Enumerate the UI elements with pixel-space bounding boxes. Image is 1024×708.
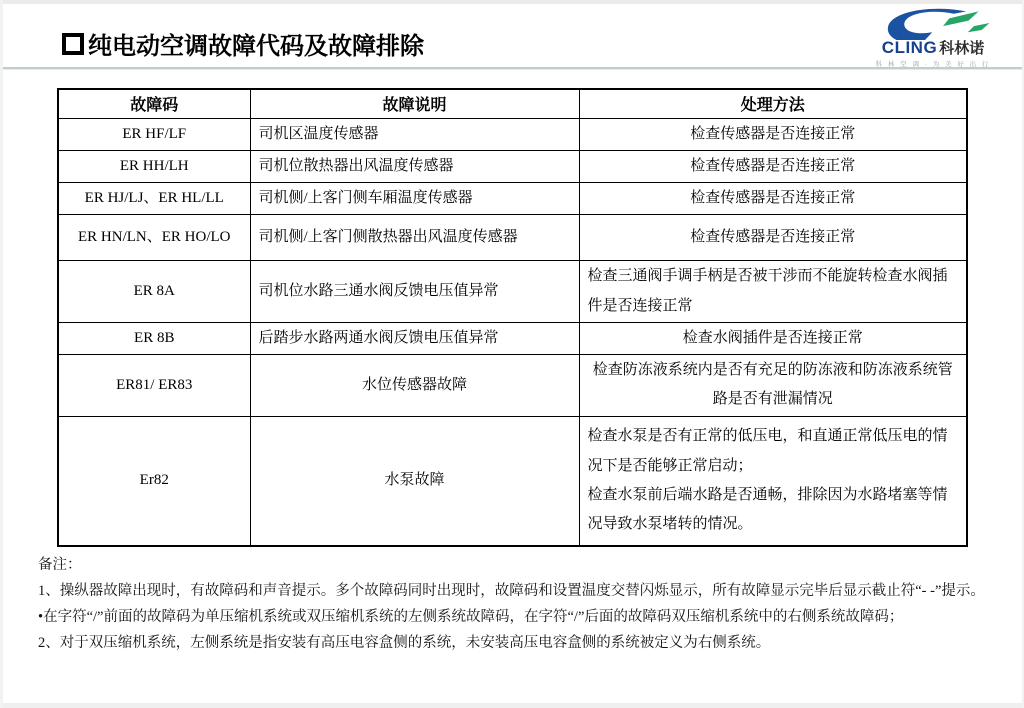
header-fix-method: 处理方法 <box>579 89 967 118</box>
logo-swoosh-icon <box>874 6 992 40</box>
page-title-text: 纯电动空调故障代码及故障排除 <box>88 26 424 61</box>
logo-brand-chinese: 科林诺 <box>939 40 984 57</box>
note-1: 1、操纵器故障出现时，有故障码和声音提示。多个故障码同时出现时，故障码和设置温度… <box>38 578 998 604</box>
table-row: Er82水泵故障检查水泵是否有正常的低压电，和直通正常低压电的情况下是否能够正常… <box>58 416 967 546</box>
notes-label: 备注： <box>38 552 998 578</box>
fix-method-cell: 检查传感器是否连接正常 <box>579 183 967 215</box>
company-logo: CLING科林诺 科 林 空 调 · 为 美 好 出 行 <box>858 6 1008 68</box>
footnotes: 备注： 1、操纵器故障出现时，有故障码和声音提示。多个故障码同时出现时，故障码和… <box>38 552 998 656</box>
fault-code-table: 故障码 故障说明 处理方法 ER HF/LF司机区温度传感器检查传感器是否连接正… <box>57 88 968 547</box>
fault-code-cell: ER81/ ER83 <box>58 355 250 417</box>
table-header-row: 故障码 故障说明 处理方法 <box>58 89 967 118</box>
fault-table-body: ER HF/LF司机区温度传感器检查传感器是否连接正常ER HH/LH司机位散热… <box>58 118 967 546</box>
fault-desc-cell: 司机区温度传感器 <box>250 118 579 150</box>
fix-method-cell: 检查三通阀手调手柄是否被干涉而不能旋转检查水阀插件是否连接正常 <box>579 261 967 323</box>
table-row: ER 8A司机位水路三通水阀反馈电压值异常检查三通阀手调手柄是否被干涉而不能旋转… <box>58 261 967 323</box>
fault-code-cell: ER HF/LF <box>58 118 250 150</box>
page-title: 纯电动空调故障代码及故障排除 <box>62 26 424 61</box>
fault-code-cell: ER 8A <box>58 261 250 323</box>
fault-desc-cell: 司机侧/上客门侧散热器出风温度传感器 <box>250 215 579 261</box>
fault-code-cell: ER HN/LN、ER HO/LO <box>58 215 250 261</box>
fault-code-cell: ER HH/LH <box>58 150 250 182</box>
table-row: ER HH/LH司机位散热器出风温度传感器检查传感器是否连接正常 <box>58 150 967 182</box>
header-fault-code: 故障码 <box>58 89 250 118</box>
square-bullet-icon <box>62 33 84 55</box>
fault-code-cell: Er82 <box>58 416 250 546</box>
fault-code-cell: ER 8B <box>58 322 250 354</box>
fault-desc-cell: 后踏步水路两通水阀反馈电压值异常 <box>250 322 579 354</box>
table-row: ER HN/LN、ER HO/LO司机侧/上客门侧散热器出风温度传感器检查传感器… <box>58 215 967 261</box>
page-edge-top <box>0 0 1024 4</box>
fix-method-cell: 检查传感器是否连接正常 <box>579 150 967 182</box>
fix-method-cell: 检查水阀插件是否连接正常 <box>579 322 967 354</box>
slide-header: 纯电动空调故障代码及故障排除 CLING科林诺 科 林 空 调 · 为 美 好 … <box>0 0 1024 68</box>
logo-text: CLING科林诺 <box>858 40 1008 57</box>
page-edge-bottom <box>0 703 1024 708</box>
header-fault-desc: 故障说明 <box>250 89 579 118</box>
table-row: ER81/ ER83水位传感器故障检查防冻液系统内是否有充足的防冻液和防冻液系统… <box>58 355 967 417</box>
note-2: 2、对于双压缩机系统，左侧系统是指安装有高压电容盒侧的系统，未安装高压电容盒侧的… <box>38 630 998 656</box>
fault-desc-cell: 司机侧/上客门侧车厢温度传感器 <box>250 183 579 215</box>
table-row: ER HF/LF司机区温度传感器检查传感器是否连接正常 <box>58 118 967 150</box>
table-row: ER 8B后踏步水路两通水阀反馈电压值异常检查水阀插件是否连接正常 <box>58 322 967 354</box>
table-row: ER HJ/LJ、ER HL/LL司机侧/上客门侧车厢温度传感器检查传感器是否连… <box>58 183 967 215</box>
fault-desc-cell: 司机位水路三通水阀反馈电压值异常 <box>250 261 579 323</box>
logo-brand-latin: CLING <box>882 38 937 57</box>
fault-desc-cell: 水泵故障 <box>250 416 579 546</box>
note-bullet: •在字符“/”前面的故障码为单压缩机系统或双压缩机系统的左侧系统故障码，在字符“… <box>38 604 998 630</box>
title-divider-line <box>0 67 1024 70</box>
fault-code-cell: ER HJ/LJ、ER HL/LL <box>58 183 250 215</box>
fix-method-cell: 检查水泵是否有正常的低压电，和直通正常低压电的情况下是否能够正常启动； 检查水泵… <box>579 416 967 546</box>
fix-method-cell: 检查防冻液系统内是否有充足的防冻液和防冻液系统管路是否有泄漏情况 <box>579 355 967 417</box>
page-edge-left <box>0 0 3 708</box>
fix-method-cell: 检查传感器是否连接正常 <box>579 118 967 150</box>
fault-desc-cell: 司机位散热器出风温度传感器 <box>250 150 579 182</box>
fix-method-cell: 检查传感器是否连接正常 <box>579 215 967 261</box>
fault-desc-cell: 水位传感器故障 <box>250 355 579 417</box>
